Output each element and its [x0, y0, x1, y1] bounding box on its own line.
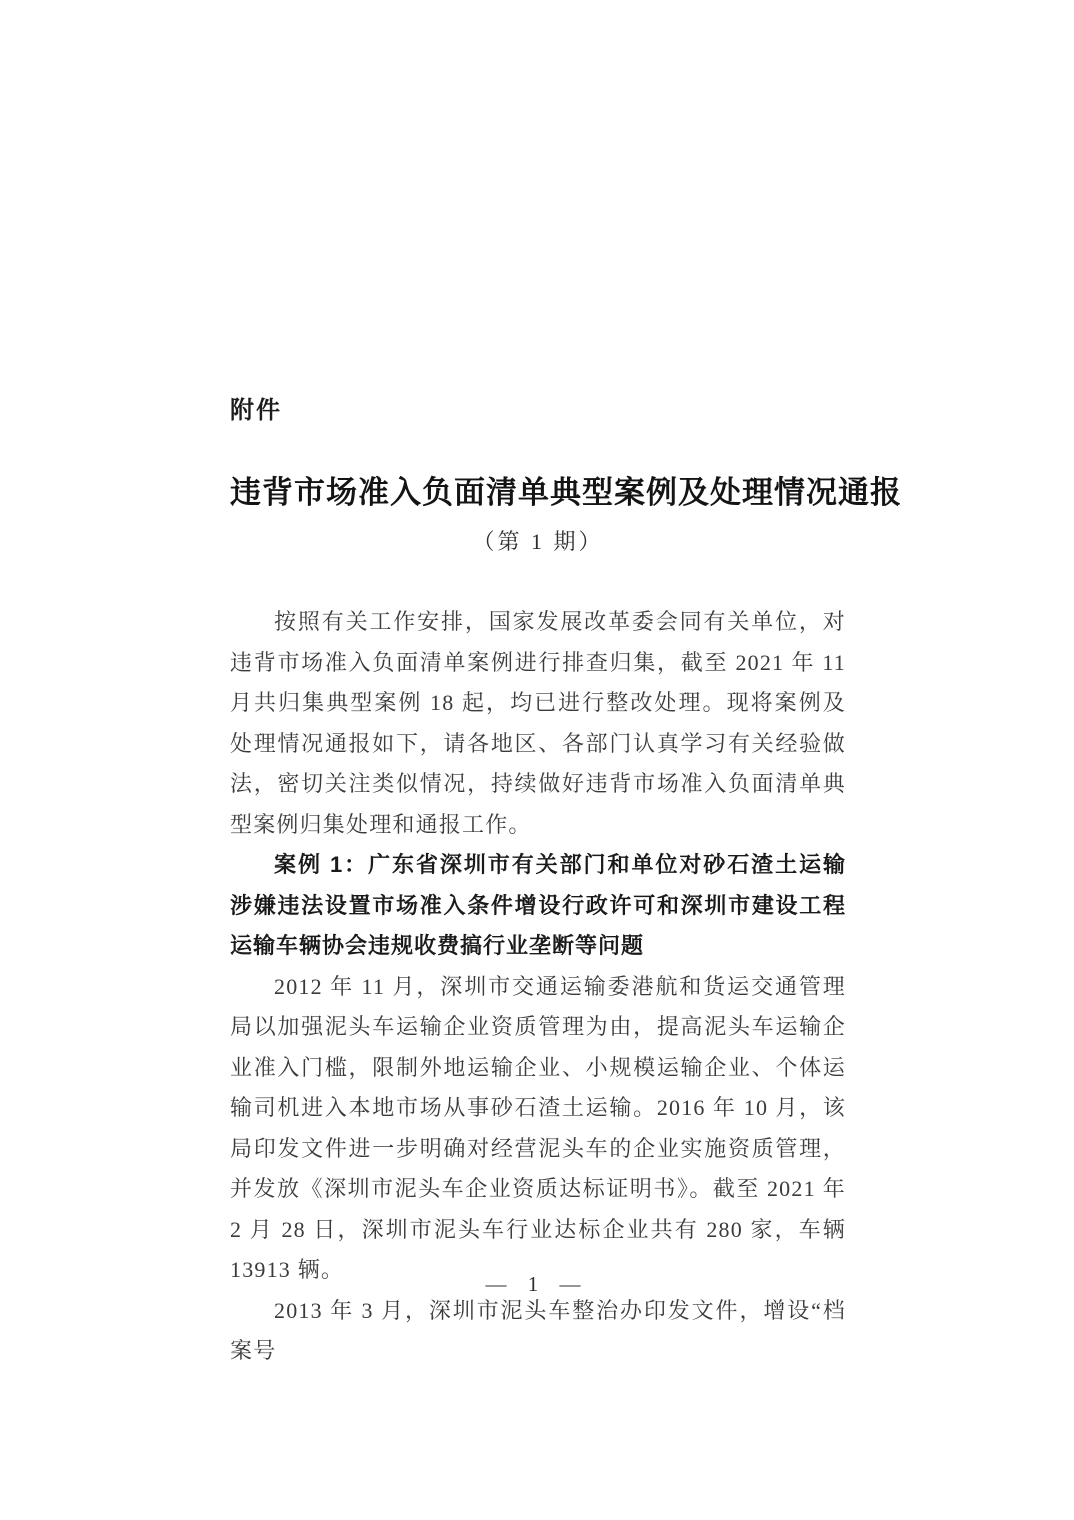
document-title: 违背市场准入负面清单典型案例及处理情况通报 [230, 467, 846, 512]
case1-paragraph-1: 2012 年 11 月，深圳市交通运输委港航和货运交通管理局以加强泥头车运输企业… [230, 967, 846, 1291]
attachment-label: 附件 [230, 390, 846, 425]
page-number: — 1 — [0, 1272, 1074, 1297]
document-page: 附件 违背市场准入负面清单典型案例及处理情况通报 （第 1 期） 按照有关工作安… [0, 0, 1074, 1520]
intro-paragraph: 按照有关工作安排，国家发展改革委会同有关单位，对违背市场准入负面清单案例进行排查… [230, 602, 846, 845]
document-subtitle: （第 1 期） [230, 525, 846, 556]
document-content: 附件 违背市场准入负面清单典型案例及处理情况通报 （第 1 期） 按照有关工作安… [230, 390, 846, 1372]
case1-paragraph-2: 2013 年 3 月，深圳市泥头车整治办印发文件，增设“档案号 [230, 1291, 846, 1372]
case1-heading: 案例 1：广东省深圳市有关部门和单位对砂石渣土运输涉嫌违法设置市场准入条件增设行… [230, 845, 846, 967]
